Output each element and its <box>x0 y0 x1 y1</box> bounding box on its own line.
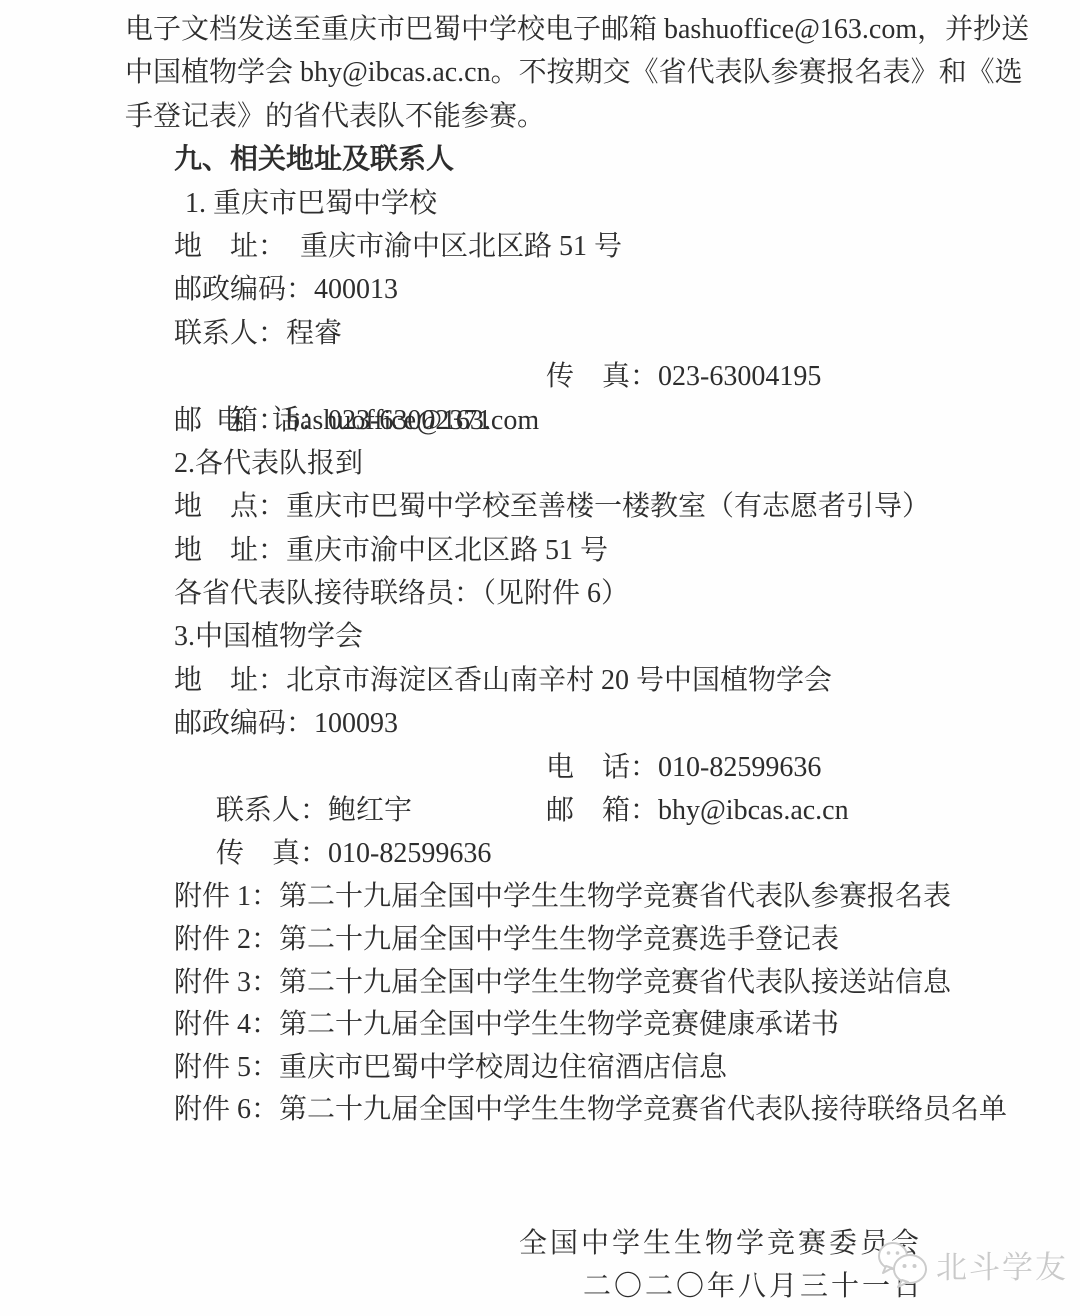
school-fax: 传 真：023-63004195 <box>546 355 821 398</box>
intro-line-2: 中国植物学会 bhy@ibcas.ac.cn。不按期交《省代表队参赛报名表》和《… <box>125 51 995 94</box>
checkin-liaison: 各省代表队接待联络员：（见附件 6） <box>125 572 995 615</box>
document-body: 电子文档发送至重庆市巴蜀中学校电子邮箱 bashuoffice@163.com，… <box>125 8 995 1309</box>
signature-block: 全国中学生生物学竞赛委员会 二〇二〇年八月三十一日 <box>125 1222 995 1309</box>
society-address: 地 址：北京市海淀区香山南辛村 20 号中国植物学会 <box>125 659 995 702</box>
signature-organization: 全国中学生生物学竞赛委员会 <box>125 1222 995 1265</box>
checkin-title: 2.各代表队报到 <box>125 442 995 485</box>
watermark: 北斗学友 <box>876 1234 1068 1294</box>
document-page: 电子文档发送至重庆市巴蜀中学校电子邮箱 bashuoffice@163.com，… <box>0 0 1080 1316</box>
school-contact: 联系人：程睿 <box>125 312 995 355</box>
society-title: 3.中国植物学会 <box>125 615 995 658</box>
section-heading: 九、相关地址及联系人 <box>125 138 995 181</box>
attachment-item-1: 附件 1：第二十九届全国中学生生物学竞赛省代表队参赛报名表 <box>125 876 995 919</box>
checkin-place: 地 点：重庆市巴蜀中学校至善楼一楼教室（有志愿者引导） <box>125 485 995 528</box>
school-phone: 电 话：023-63002371 <box>216 405 491 436</box>
society-postcode: 邮政编码：100093 <box>125 702 995 745</box>
school-address: 地 址： 重庆市渝中区北区路 51 号 <box>125 225 995 268</box>
society-email: 邮 箱：bhy@ibcas.ac.cn <box>546 789 849 832</box>
society-contact-phone-line: 联系人：鲍红宇 电 话：010-82599636 <box>125 746 995 789</box>
intro-line-3: 手登记表》的省代表队不能参赛。 <box>125 95 995 138</box>
attachment-item-5: 附件 5：重庆市巴蜀中学校周边住宿酒店信息 <box>125 1047 995 1090</box>
society-fax: 传 真：010-82599636 <box>216 838 491 869</box>
attachment-item-4: 附件 4：第二十九届全国中学生生物学竞赛健康承诺书 <box>125 1004 995 1047</box>
school-title: 1. 重庆市巴蜀中学校 <box>125 182 995 225</box>
wechat-icon <box>876 1239 930 1289</box>
attachment-item-2: 附件 2：第二十九届全国中学生生物学竞赛选手登记表 <box>125 919 995 962</box>
society-fax-email-line: 传 真：010-82599636 邮 箱：bhy@ibcas.ac.cn <box>125 789 995 832</box>
signature-date: 二〇二〇年八月三十一日 <box>125 1265 995 1308</box>
attachments-list: 附件 1：第二十九届全国中学生生物学竞赛省代表队参赛报名表 附件 2：第二十九届… <box>125 876 995 1132</box>
intro-line-1: 电子文档发送至重庆市巴蜀中学校电子邮箱 bashuoffice@163.com，… <box>125 8 995 51</box>
school-phone-fax-line: 电 话：023-63002371 传 真：023-63004195 <box>125 355 995 398</box>
society-phone: 电 话：010-82599636 <box>546 746 821 789</box>
attachment-item-3: 附件 3：第二十九届全国中学生生物学竞赛省代表队接送站信息 <box>125 962 995 1005</box>
attachment-item-6: 附件 6：第二十九届全国中学生生物学竞赛省代表队接待联络员名单 <box>125 1089 995 1132</box>
checkin-address: 地 址：重庆市渝中区北区路 51 号 <box>125 529 995 572</box>
school-postcode: 邮政编码：400013 <box>125 268 995 311</box>
watermark-text: 北斗学友 <box>936 1242 1068 1287</box>
